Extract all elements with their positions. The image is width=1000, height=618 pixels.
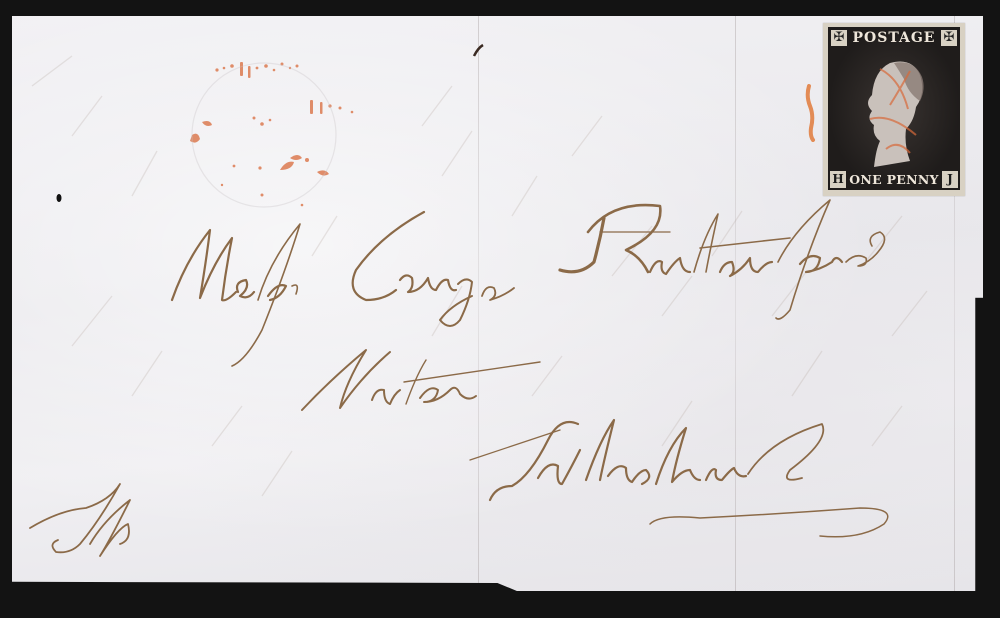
maltese-star-icon: ✠ [941,30,957,46]
docket-note: 1/- [0,0,1,1]
ink-blot [472,42,486,58]
maltese-star-icon: ✠ [831,30,847,46]
address-line-3: Galashiels [0,0,1,1]
queen-victoria-portrait [850,49,940,173]
fold-line [735,16,736,591]
stamp-top-band: ✠ POSTAGE ✠ [828,27,960,49]
fold-line [478,16,479,591]
address-line-1: Messrs Craig & Rutherford [0,0,1,1]
stamp-bottom-band: H ONE PENNY J [828,168,960,190]
check-letter-left: H [830,171,846,188]
penny-black-stamp: ✠ POSTAGE ✠ H ONE PENNY J [823,23,965,196]
stamp-postage-label: POSTAGE [853,30,936,46]
red-pen-mark [805,84,819,142]
check-letter-right: J [942,171,958,188]
stamp-value-label: ONE PENNY [849,172,939,187]
stamp-field: ✠ POSTAGE ✠ H ONE PENNY J [828,27,960,190]
postmark-red [162,40,372,220]
address-line-2: Writers [0,0,1,1]
ink-spot [55,192,63,204]
